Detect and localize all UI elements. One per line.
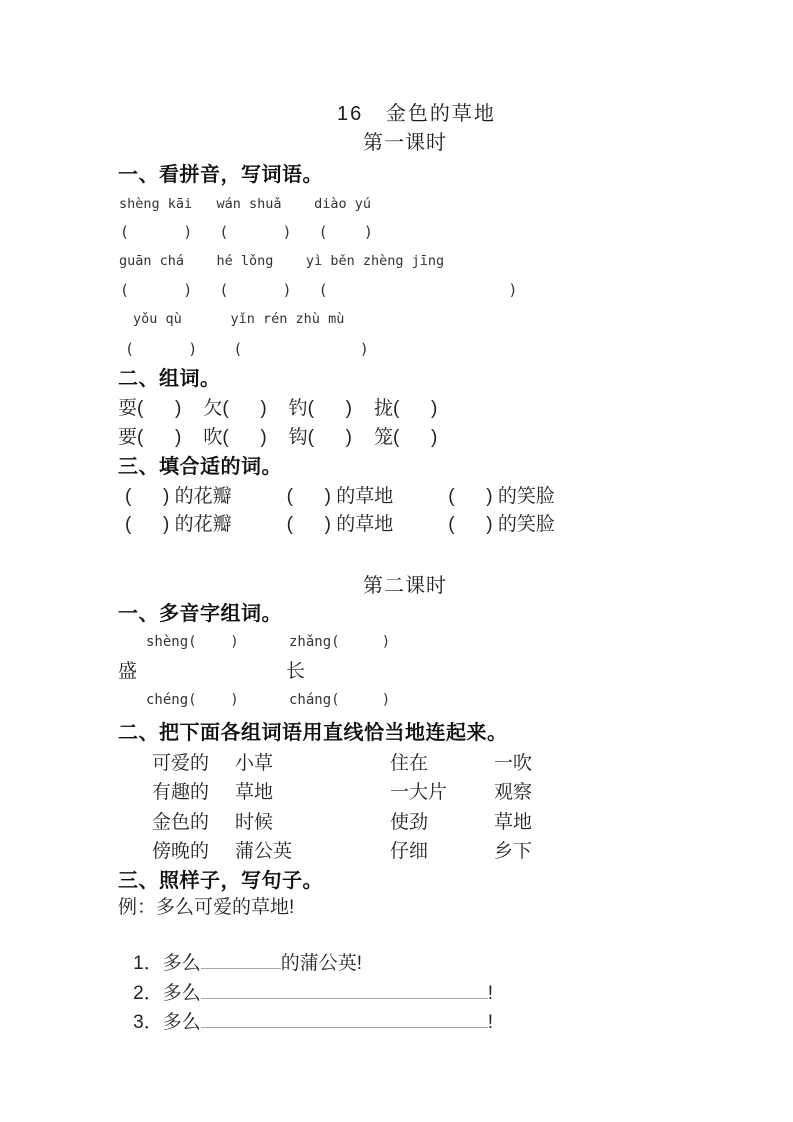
write-in-blank: [201, 1010, 488, 1028]
session-1-heading: 第一课时: [363, 131, 447, 155]
session-2-heading: 第二课时: [363, 574, 447, 598]
match-word: 一大片: [390, 777, 494, 806]
reading-cheng: chéng( ): [146, 692, 239, 709]
match-word: 傍晚的: [152, 836, 235, 865]
fill-blank-group: ( ) 的草地: [287, 486, 394, 509]
match-word: 一吹: [494, 748, 574, 777]
polyphonic-char-sheng: 盛: [118, 661, 137, 684]
fill-word-row-2: ( ) 的花瓣 ( ) 的草地 ( ) 的笑脸: [125, 514, 555, 537]
divider-bar-cell: [347, 836, 390, 865]
match-word: 观察: [494, 777, 574, 806]
example-sentence: 例：多么可爱的草地!: [118, 897, 294, 920]
reading-sheng: shèng( ): [146, 634, 239, 651]
answer-blanks-row-3: ( ) ( ): [125, 340, 369, 358]
reading-zhang: zhǎng( ): [289, 634, 390, 651]
fill-blank-group: ( ) 的花瓣: [125, 514, 232, 537]
p2-q1-heading: 一、多音字组词。: [118, 602, 282, 626]
divider-bar-cell: [347, 777, 390, 806]
divider-bar-cell: [347, 807, 390, 836]
match-word: 草地: [494, 807, 574, 836]
sentence-suffix: !: [488, 1012, 493, 1033]
word-group: 笼( ): [374, 427, 437, 450]
word-group: 欠( ): [203, 398, 266, 421]
match-word: 蒲公英: [235, 836, 347, 865]
sentence-prefix: 3．多么: [133, 1012, 201, 1033]
match-word: 时候: [235, 807, 347, 836]
word-group: 拢( ): [374, 398, 437, 421]
fill-blank-group: ( ) 的草地: [287, 514, 394, 537]
pinyin-row-2: guān chá hé lǒng yì běn zhèng jīng: [119, 253, 444, 269]
fill-word-row-1: ( ) 的花瓣 ( ) 的草地 ( ) 的笑脸: [125, 486, 555, 509]
fill-blank-group: ( ) 的笑脸: [448, 514, 555, 537]
p1-q2-heading: 二、组词。: [118, 367, 221, 391]
answer-blanks-row-2: ( ) ( ) ( ): [120, 281, 517, 299]
match-word: 金色的: [152, 807, 235, 836]
word-group: 钓( ): [289, 398, 352, 421]
word-form-row-2: 要( ) 吹( ) 钩( ) 笼( ): [118, 427, 437, 450]
word-group: 耍( ): [118, 398, 181, 421]
word-form-row-1: 耍( ) 欠( ) 钓( ) 拢( ): [118, 398, 437, 421]
match-word: 小草: [235, 748, 347, 777]
word-group: 钩( ): [289, 427, 352, 450]
p2-q3-heading: 三、照样子，写句子。: [118, 869, 323, 893]
word-group: 吹( ): [203, 427, 266, 450]
fill-blank-group: ( ) 的笑脸: [448, 486, 555, 509]
match-word: 住在: [390, 748, 494, 777]
lesson-title: 16 金色的草地: [337, 102, 496, 126]
pinyin-row-1: shèng kāi wán shuǎ diào yú: [119, 196, 371, 212]
worksheet-page: 16 金色的草地 第一课时 一、看拼音，写词语。 shèng kāi wán s…: [0, 0, 793, 1122]
fill-blank-group: ( ) 的花瓣: [125, 486, 232, 509]
sentence-item-3: 3．多么!: [112, 987, 493, 1057]
p1-q1-heading: 一、看拼音，写词语。: [118, 163, 323, 187]
p1-q3-heading: 三、填合适的词。: [118, 455, 282, 479]
match-word: 使劲: [390, 807, 494, 836]
match-words-grid: 可爱的 小草 住在 一吹 有趣的 草地 一大片 观察 金色的 时候 使劲 草地 …: [152, 748, 574, 866]
match-word: 仔细: [390, 836, 494, 865]
divider-bar-cell: [347, 748, 390, 777]
answer-blanks-row-1: ( ) ( ) ( ): [120, 223, 373, 241]
reading-chang: cháng( ): [289, 692, 390, 709]
pinyin-row-3: yǒu qù yǐn rén zhù mù: [133, 311, 344, 327]
polyphonic-char-chang: 长: [286, 661, 305, 684]
p2-q2-heading: 二、把下面各组词语用直线恰当地连起来。: [118, 721, 508, 745]
word-group: 要( ): [118, 427, 181, 450]
match-word: 有趣的: [152, 777, 235, 806]
match-word: 草地: [235, 777, 347, 806]
match-word: 可爱的: [152, 748, 235, 777]
match-word: 乡下: [494, 836, 574, 865]
